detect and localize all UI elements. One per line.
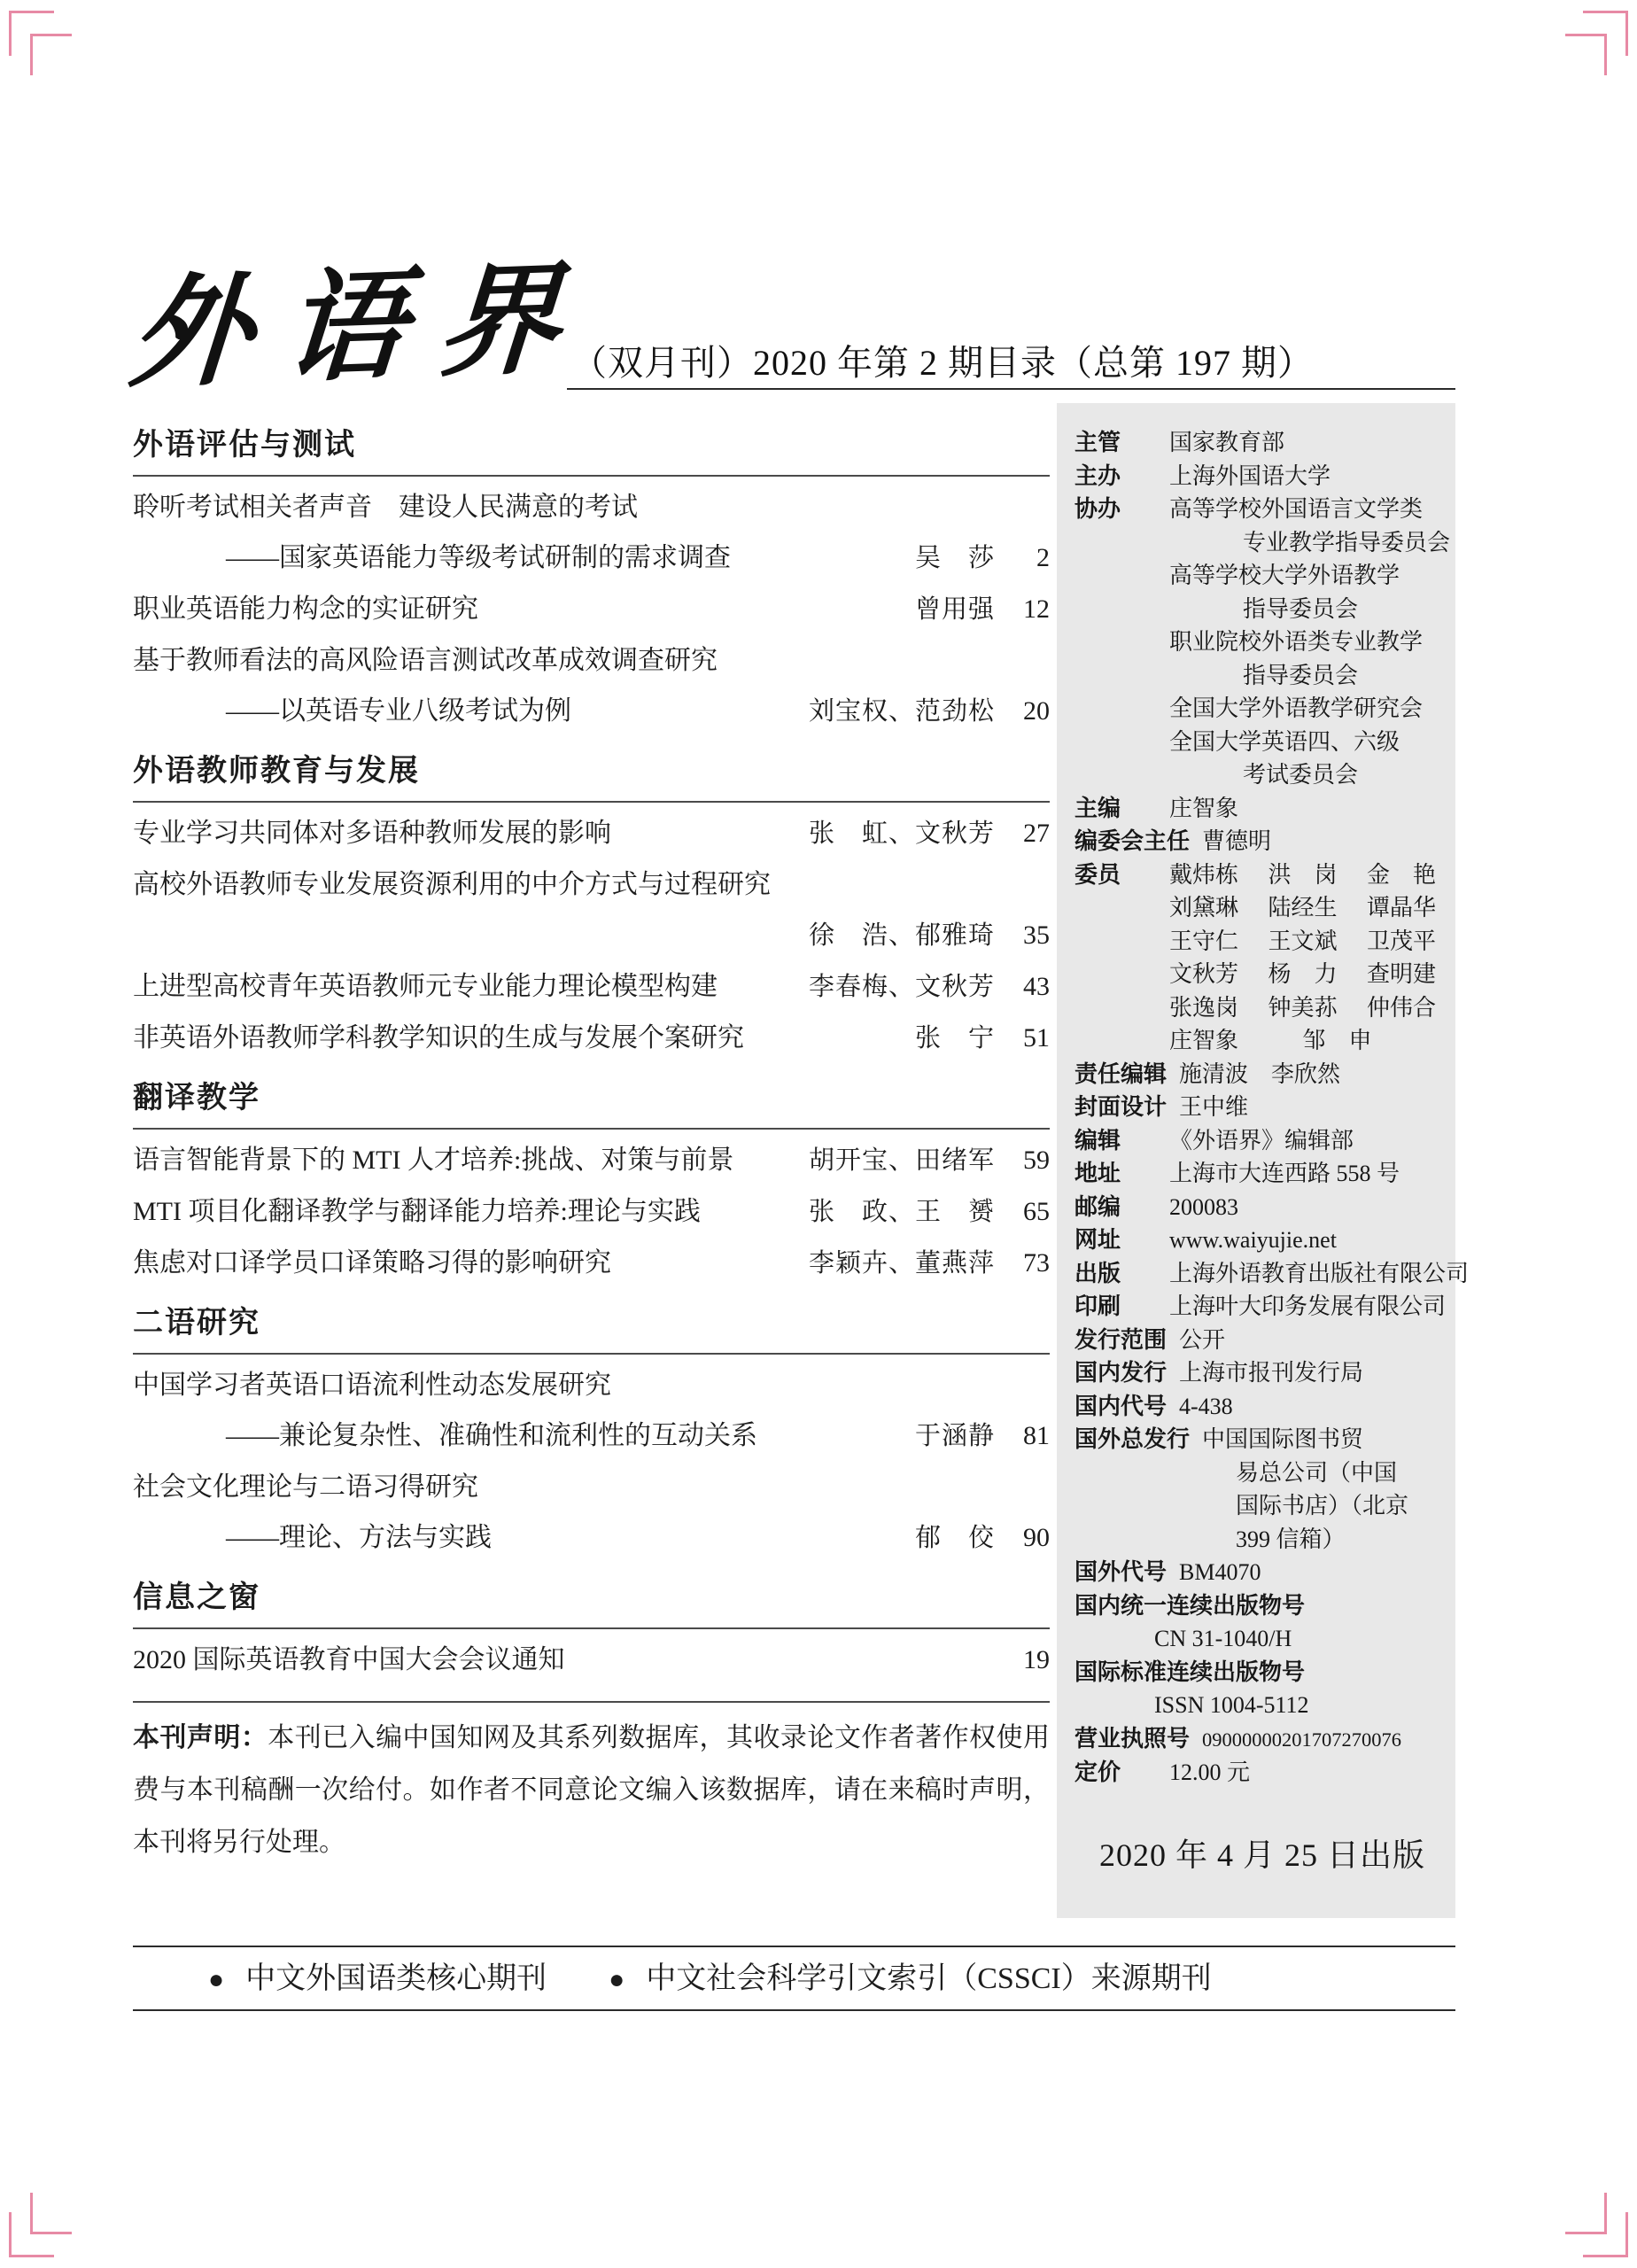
- info-row-chief-editor: 主编 庄智象: [1075, 792, 1436, 826]
- info-row-cosponsor: 协办 高等学校外国语言文学类: [1075, 493, 1436, 526]
- toc-item-title: 2020 国际英语教育中国大会会议通知: [133, 1635, 565, 1685]
- toc-item-authors: 李颖卉、董燕萍: [809, 1239, 995, 1289]
- board-members-row: 张逸岗钟美荪仲伟合: [1075, 991, 1436, 1025]
- journal-subtitle: （双月刊）2020 年第 2 期目录（总第 197 期）: [571, 335, 1314, 385]
- toc-item-authors: 曾用强: [915, 585, 995, 635]
- toc-item-title: 语言智能背景下的 MTI 人才培养:挑战、对策与前景: [133, 1135, 733, 1185]
- toc-item-page: 81: [1018, 1410, 1050, 1461]
- info-value: BM4070: [1179, 1556, 1436, 1589]
- section-title-translation-teaching: 翻译教学: [133, 1078, 1050, 1117]
- info-value: 高等学校外国语言文学类: [1169, 493, 1436, 526]
- info-label: 编辑: [1075, 1124, 1169, 1158]
- toc-item-title: 专业学习共同体对多语种教师发展的影响: [133, 808, 611, 858]
- info-row-overseas-code: 国外代号 BM4070: [1075, 1556, 1436, 1589]
- toc-item-title: 基于教师看法的高风险语言测试改革成效调查研究: [133, 635, 718, 686]
- toc-item-title: ——国家英语能力等级考试研制的需求调查: [133, 532, 731, 583]
- toc-item-title: MTI 项目化翻译教学与翻译能力培养:理论与实践: [133, 1186, 701, 1237]
- info-row-editor: 编辑 《外语界》编辑部: [1075, 1124, 1436, 1158]
- info-value: 全国大学英语四、六级: [1075, 726, 1436, 759]
- journal-toc-page: 外语界 （双月刊）2020 年第 2 期目录（总第 197 期） 外语评估与测试…: [0, 0, 1637, 2268]
- board-members-row: 庄智象邹 申: [1075, 1024, 1436, 1058]
- board-members-row: 王守仁王文斌卫茂平: [1075, 925, 1436, 959]
- info-value: 王中维: [1179, 1091, 1436, 1124]
- info-label: 封面设计: [1075, 1091, 1179, 1124]
- board-members-row: 文秋芳杨 力查明建: [1075, 958, 1436, 991]
- info-row-overseas-distributor: 国外总发行 中国国际图书贸: [1075, 1423, 1436, 1456]
- footer-badges: ● 中文外国语类核心期刊 ● 中文社会科学引文索引（CSSCI）来源期刊: [133, 1954, 1455, 2005]
- info-label: 主编: [1075, 792, 1169, 826]
- toc-row: 上进型高校青年英语教师元专业能力理论模型构建 李春梅、文秋芳43: [133, 961, 1050, 1013]
- info-label: 出版: [1075, 1257, 1169, 1291]
- toc-item-authors: 郁 佼: [915, 1513, 995, 1564]
- info-label: 网址: [1075, 1223, 1169, 1257]
- toc-row: 专业学习共同体对多语种教师发展的影响 张 虹、文秋芳27: [133, 808, 1050, 859]
- toc-item-authors: 胡开宝、田绪军: [809, 1136, 995, 1186]
- toc-row: 中国学习者英语口语流利性动态发展研究: [133, 1360, 1050, 1410]
- info-value: 中国国际图书贸: [1202, 1423, 1436, 1456]
- toc-item-authors: 刘宝权、范劲松: [809, 687, 995, 737]
- info-value: 易总公司（中国: [1075, 1456, 1436, 1490]
- toc-row: 聆听考试相关者声音 建设人民满意的考试: [133, 482, 1050, 532]
- toc-item-page: 2: [1018, 532, 1050, 583]
- section-rule: [133, 801, 1050, 803]
- toc-item-title: 非英语外语教师学科教学知识的生成与发展个案研究: [133, 1013, 744, 1063]
- table-of-contents: 外语评估与测试 聆听考试相关者声音 建设人民满意的考试 ——国家英语能力等级考试…: [133, 425, 1050, 1895]
- toc-item-title: 职业英语能力构念的实证研究: [133, 584, 478, 634]
- info-value: 200083: [1169, 1191, 1436, 1224]
- info-label: 协办: [1075, 493, 1169, 526]
- toc-row: 语言智能背景下的 MTI 人才培养:挑战、对策与前景 胡开宝、田绪军59: [133, 1135, 1050, 1186]
- footer-badge-text: 中文外国语类核心期刊: [245, 1954, 547, 2004]
- info-value: www.waiyujie.net: [1169, 1223, 1436, 1257]
- info-value: 全国大学外语教学研究会: [1075, 692, 1436, 726]
- toc-item-title: ——以英语专业八级考试为例: [133, 686, 571, 736]
- info-value: 上海叶大印务发展有限公司: [1169, 1290, 1446, 1324]
- info-label: 邮编: [1075, 1191, 1169, 1224]
- toc-row: 徐 浩、郁雅琦35: [133, 910, 1050, 961]
- toc-row: 高校外语教师专业发展资源利用的中介方式与过程研究: [133, 859, 1050, 910]
- info-row-cover-design: 封面设计 王中维: [1075, 1091, 1436, 1124]
- info-value: ISSN 1004-5112: [1075, 1689, 1436, 1722]
- section-rule: [133, 1353, 1050, 1355]
- info-row-domestic-code: 国内代号 4-438: [1075, 1390, 1436, 1424]
- info-value: 4-438: [1179, 1390, 1436, 1424]
- toc-item-page: 65: [1018, 1186, 1050, 1237]
- info-value: 上海市大连西路 558 号: [1169, 1157, 1436, 1191]
- toc-row: 非英语外语教师学科教学知识的生成与发展个案研究 张 宁51: [133, 1013, 1050, 1064]
- toc-item-authors: 徐 浩、郁雅琦: [809, 911, 995, 961]
- toc-row: 职业英语能力构念的实证研究 曾用强12: [133, 584, 1050, 635]
- toc-row: 基于教师看法的高风险语言测试改革成效调查研究: [133, 635, 1050, 686]
- info-row-price: 定价 12.00 元: [1075, 1756, 1436, 1790]
- info-value: CN 31-1040/H: [1075, 1622, 1436, 1656]
- bullet-icon: ●: [609, 1955, 625, 2005]
- board-members-row: 戴炜栋洪 岗金 艳: [1169, 858, 1436, 892]
- toc-row: ——兼论复杂性、准确性和流利性的互动关系 于涵静81: [133, 1410, 1050, 1462]
- toc-item-title: 焦虑对口译学员口译策略习得的影响研究: [133, 1238, 611, 1288]
- toc-item-page: 27: [1018, 808, 1050, 858]
- bullet-icon: ●: [208, 1955, 224, 2005]
- publication-date: 2020 年 4 月 25 日出版: [1075, 1839, 1436, 1873]
- section-rule: [133, 1128, 1050, 1130]
- toc-row: MTI 项目化翻译教学与翻译能力培养:理论与实践 张 政、王 赟65: [133, 1186, 1050, 1238]
- info-label: 国际标准连续出版物号: [1075, 1656, 1317, 1689]
- toc-item-page: 59: [1018, 1135, 1050, 1185]
- journal-info-panel: 主管 国家教育部 主办 上海外国语大学 协办 高等学校外国语言文学类 专业教学指…: [1057, 403, 1455, 1918]
- info-row-issn-number: 国际标准连续出版物号: [1075, 1656, 1436, 1689]
- info-row-sponsor: 主办 上海外国语大学: [1075, 460, 1436, 493]
- toc-item-authors: 张 政、王 赟: [809, 1187, 995, 1238]
- info-label: 定价: [1075, 1756, 1169, 1790]
- info-row-printer: 印刷 上海叶大印务发展有限公司: [1075, 1290, 1436, 1324]
- info-value: 国家教育部: [1169, 426, 1436, 460]
- toc-item-title: 上进型高校青年英语教师元专业能力理论模型构建: [133, 961, 718, 1012]
- toc-item-authors: 张 宁: [915, 1014, 995, 1064]
- info-value: 上海市报刊发行局: [1179, 1356, 1436, 1390]
- info-value: 职业院校外语类专业教学: [1075, 625, 1436, 659]
- info-label: 营业执照号: [1075, 1722, 1202, 1756]
- board-members-row: 刘黛琳陆经生谭晶华: [1075, 891, 1436, 925]
- info-row-business-license: 营业执照号 09000000201707270076: [1075, 1722, 1436, 1757]
- info-label: 地址: [1075, 1157, 1169, 1191]
- toc-item-title: ——兼论复杂性、准确性和流利性的互动关系: [133, 1410, 757, 1461]
- toc-item-page: 19: [1018, 1635, 1050, 1685]
- info-value: 专业教学指导委员会: [1075, 526, 1436, 560]
- info-value: 施清波 李欣然: [1179, 1058, 1436, 1091]
- info-label: 国内统一连续出版物号: [1075, 1589, 1317, 1623]
- info-value: 09000000201707270076: [1202, 1723, 1436, 1757]
- toc-item-page: 12: [1018, 584, 1050, 634]
- toc-row: ——理论、方法与实践 郁 佼90: [133, 1512, 1050, 1564]
- info-row-cn-number: 国内统一连续出版物号: [1075, 1589, 1436, 1623]
- info-value: 《外语界》编辑部: [1169, 1124, 1436, 1158]
- info-row-publisher: 出版 上海外语教育出版社有限公司: [1075, 1257, 1436, 1291]
- section-rule: [133, 475, 1050, 477]
- info-label: 国外代号: [1075, 1556, 1179, 1589]
- footer-badge-core-journal: ● 中文外国语类核心期刊: [208, 1954, 547, 2005]
- toc-item-title: 中国学习者英语口语流利性动态发展研究: [133, 1360, 611, 1410]
- info-label: 委员: [1075, 858, 1169, 892]
- info-row-board-members: 委员 戴炜栋洪 岗金 艳: [1075, 858, 1436, 892]
- info-value: 399 信箱）: [1075, 1523, 1436, 1557]
- info-label: 国内发行: [1075, 1356, 1179, 1390]
- toc-row: 社会文化理论与二语习得研究: [133, 1462, 1050, 1512]
- info-value: 指导委员会: [1075, 593, 1436, 626]
- toc-item-authors: 李春梅、文秋芳: [809, 962, 995, 1013]
- toc-item-page: 43: [1018, 961, 1050, 1012]
- toc-item-page: 51: [1018, 1013, 1050, 1063]
- section-title-teacher-education: 外语教师教育与发展: [133, 751, 1050, 790]
- info-value: 曹德明: [1202, 825, 1436, 858]
- info-label: 印刷: [1075, 1290, 1169, 1324]
- crop-mark-top-left-inner: [30, 34, 72, 75]
- section-title-info-window: 信息之窗: [133, 1578, 1050, 1617]
- info-row-postcode: 邮编 200083: [1075, 1191, 1436, 1224]
- crop-mark-bottom-left-inner: [30, 2193, 72, 2234]
- info-row-domestic-distributor: 国内发行 上海市报刊发行局: [1075, 1356, 1436, 1390]
- toc-item-title: 聆听考试相关者声音 建设人民满意的考试: [133, 482, 638, 532]
- statement-label: 本刊声明：: [133, 1723, 268, 1752]
- masthead-rule: [567, 388, 1455, 390]
- info-value: 高等学校大学外语教学: [1075, 559, 1436, 593]
- journal-statement: 本刊声明：本刊已入编中国知网及其系列数据库，其收录论文作者著作权使用费与本刊稿酬…: [133, 1712, 1050, 1868]
- toc-item-authors: 张 虹、文秋芳: [809, 809, 995, 859]
- info-row-supervisor: 主管 国家教育部: [1075, 426, 1436, 460]
- section-title-sla-research: 二语研究: [133, 1303, 1050, 1342]
- toc-item-authors: 于涵静: [915, 1411, 995, 1462]
- toc-item-title: ——理论、方法与实践: [133, 1512, 492, 1563]
- footer-rule-top: [133, 1946, 1455, 1947]
- info-label: 国内代号: [1075, 1390, 1179, 1424]
- toc-item-authors: 吴 莎: [915, 533, 995, 584]
- info-value: 指导委员会: [1075, 659, 1436, 693]
- statement-rule: [133, 1701, 1050, 1703]
- crop-mark-top-right-inner: [1565, 34, 1607, 75]
- info-label: 发行范围: [1075, 1324, 1179, 1357]
- toc-item-page: 20: [1018, 686, 1050, 736]
- info-value: 考试委员会: [1075, 758, 1436, 792]
- footer-badge-cssci: ● 中文社会科学引文索引（CSSCI）来源期刊: [609, 1954, 1212, 2005]
- info-value: 庄智象: [1169, 792, 1436, 826]
- info-row-address: 地址 上海市大连西路 558 号: [1075, 1157, 1436, 1191]
- crop-mark-bottom-right-inner: [1565, 2193, 1607, 2234]
- info-label: 主办: [1075, 460, 1169, 493]
- toc-row: ——以英语专业八级考试为例 刘宝权、范劲松20: [133, 686, 1050, 737]
- footer-rule-bottom: [133, 2009, 1455, 2011]
- journal-title-calligraphy: 外语界: [125, 221, 599, 411]
- info-row-board-director: 编委会主任 曹德明: [1075, 825, 1436, 858]
- info-row-distribution-scope: 发行范围 公开: [1075, 1324, 1436, 1357]
- info-value: 公开: [1179, 1324, 1436, 1357]
- info-value: 国际书店）（北京: [1075, 1489, 1436, 1523]
- toc-item-page: 73: [1018, 1238, 1050, 1288]
- toc-row: ——国家英语能力等级考试研制的需求调查 吴 莎2: [133, 532, 1050, 584]
- toc-item-title: 高校外语教师专业发展资源利用的中介方式与过程研究: [133, 859, 771, 910]
- toc-row: 2020 国际英语教育中国大会会议通知 19: [133, 1635, 1050, 1685]
- info-label: 责任编辑: [1075, 1058, 1179, 1091]
- info-value: 上海外语教育出版社有限公司: [1169, 1257, 1469, 1291]
- info-row-managing-editors: 责任编辑 施清波 李欣然: [1075, 1058, 1436, 1091]
- info-label: 国外总发行: [1075, 1423, 1202, 1456]
- info-row-website: 网址 www.waiyujie.net: [1075, 1223, 1436, 1257]
- toc-item-page: 35: [1018, 910, 1050, 960]
- toc-item-title: 社会文化理论与二语习得研究: [133, 1462, 478, 1512]
- section-rule: [133, 1627, 1050, 1629]
- toc-item-page: 90: [1018, 1512, 1050, 1563]
- info-value: 上海外国语大学: [1169, 460, 1436, 493]
- info-value: 12.00 元: [1169, 1756, 1436, 1790]
- info-label: 编委会主任: [1075, 825, 1202, 858]
- statement-text: 本刊已入编中国知网及其系列数据库，其收录论文作者著作权使用费与本刊稿酬一次给付。…: [133, 1723, 1050, 1857]
- footer-badge-text: 中文社会科学引文索引（CSSCI）来源期刊: [646, 1954, 1212, 2004]
- info-label: 主管: [1075, 426, 1169, 460]
- toc-row: 焦虑对口译学员口译策略习得的影响研究 李颖卉、董燕萍73: [133, 1238, 1050, 1289]
- section-title-assessment: 外语评估与测试: [133, 425, 1050, 464]
